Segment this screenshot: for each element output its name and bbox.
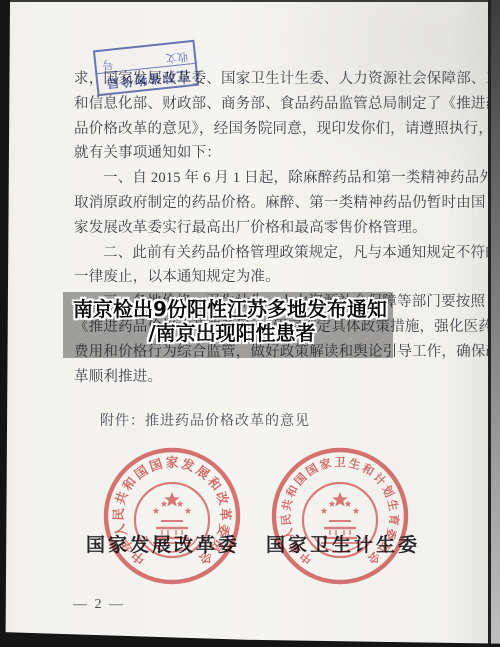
document-text-line: 就有关事项通知如下：	[74, 146, 221, 161]
svg-text:会: 会	[365, 549, 383, 567]
news-caption-line2: /南京出现阳性患者	[0, 323, 482, 343]
svg-text:革: 革	[218, 508, 233, 521]
svg-text:会: 会	[196, 548, 216, 568]
svg-text:发: 发	[179, 456, 197, 475]
svg-text:家: 家	[166, 455, 179, 470]
svg-text:卫: 卫	[334, 456, 346, 469]
official-seal-health-commission: 中华人民共和国国家卫生和计划生育委员会	[270, 446, 410, 586]
svg-text:划: 划	[379, 483, 397, 500]
document-text-line: 二、此前有关药品价格管理政策规定，凡与本通知规定不符的	[74, 246, 500, 261]
svg-text:育: 育	[386, 514, 401, 527]
document-text-line: 一、自 2015 年 6 月 1 日起，除麻醉药品和第一类精神药品外，	[74, 171, 500, 186]
attachment-line: 附件：推进药品价格改革的意见	[100, 410, 310, 430]
document-text-line: 一律废止，以本通知规定为准。	[74, 270, 280, 285]
national-emblem-seal-graphic: 中华人民共和国国家卫生和计划生育委员会	[270, 446, 410, 586]
svg-text:华: 华	[117, 536, 137, 555]
document-text-line: 取消原政府制定的药品价格。麻醉、第一类精神药品仍暂时由国	[74, 196, 486, 211]
scanned-document-page: 求，国家发展改革委、国家卫生计生委、人力资源社会保障部、工业和信息化部、财政部、…	[0, 0, 500, 647]
svg-text:生: 生	[385, 498, 401, 513]
receipt-stamp-field-left: 收文	[165, 47, 189, 66]
scan-edge-bottom	[0, 630, 500, 647]
document-text-line: 品价格改革的意见》，经国务院同意，现印发你们，请遵照执行，并	[74, 122, 500, 137]
svg-text:民: 民	[112, 507, 126, 520]
document-text-line: 和信息化部、财政部、商务部、食品药品监管总局制定了《推进药	[74, 97, 500, 112]
svg-text:国: 国	[148, 457, 165, 474]
news-caption-line1: 南京检出9份阳性江苏多地发布通知	[0, 299, 480, 319]
svg-text:人: 人	[112, 522, 129, 538]
svg-text:委: 委	[214, 522, 232, 539]
document-text-line: 家发展改革委实行最高出厂价格和最高零售价格管理。	[74, 221, 427, 236]
receipt-stamp: 江苏省物价局 收文 号	[93, 40, 199, 96]
receipt-stamp-number-label: 号	[101, 54, 114, 72]
svg-text:共: 共	[279, 498, 295, 513]
scan-edge-right-strip	[491, 0, 500, 647]
svg-text:国: 国	[132, 463, 151, 482]
document-text-line: 革顺利推进。	[74, 370, 162, 385]
svg-text:改: 改	[213, 490, 231, 507]
svg-text:家: 家	[318, 456, 333, 473]
svg-text:人: 人	[281, 526, 297, 542]
scan-edge-top	[0, 0, 500, 2]
page-number: — 2 —	[73, 597, 125, 613]
svg-text:民: 民	[279, 513, 294, 526]
national-emblem-seal-graphic: 中华人民共和国国家发展和改革委员会	[102, 446, 242, 586]
official-seal-ndrc: 中华人民共和国国家发展和改革委员会	[102, 446, 242, 586]
